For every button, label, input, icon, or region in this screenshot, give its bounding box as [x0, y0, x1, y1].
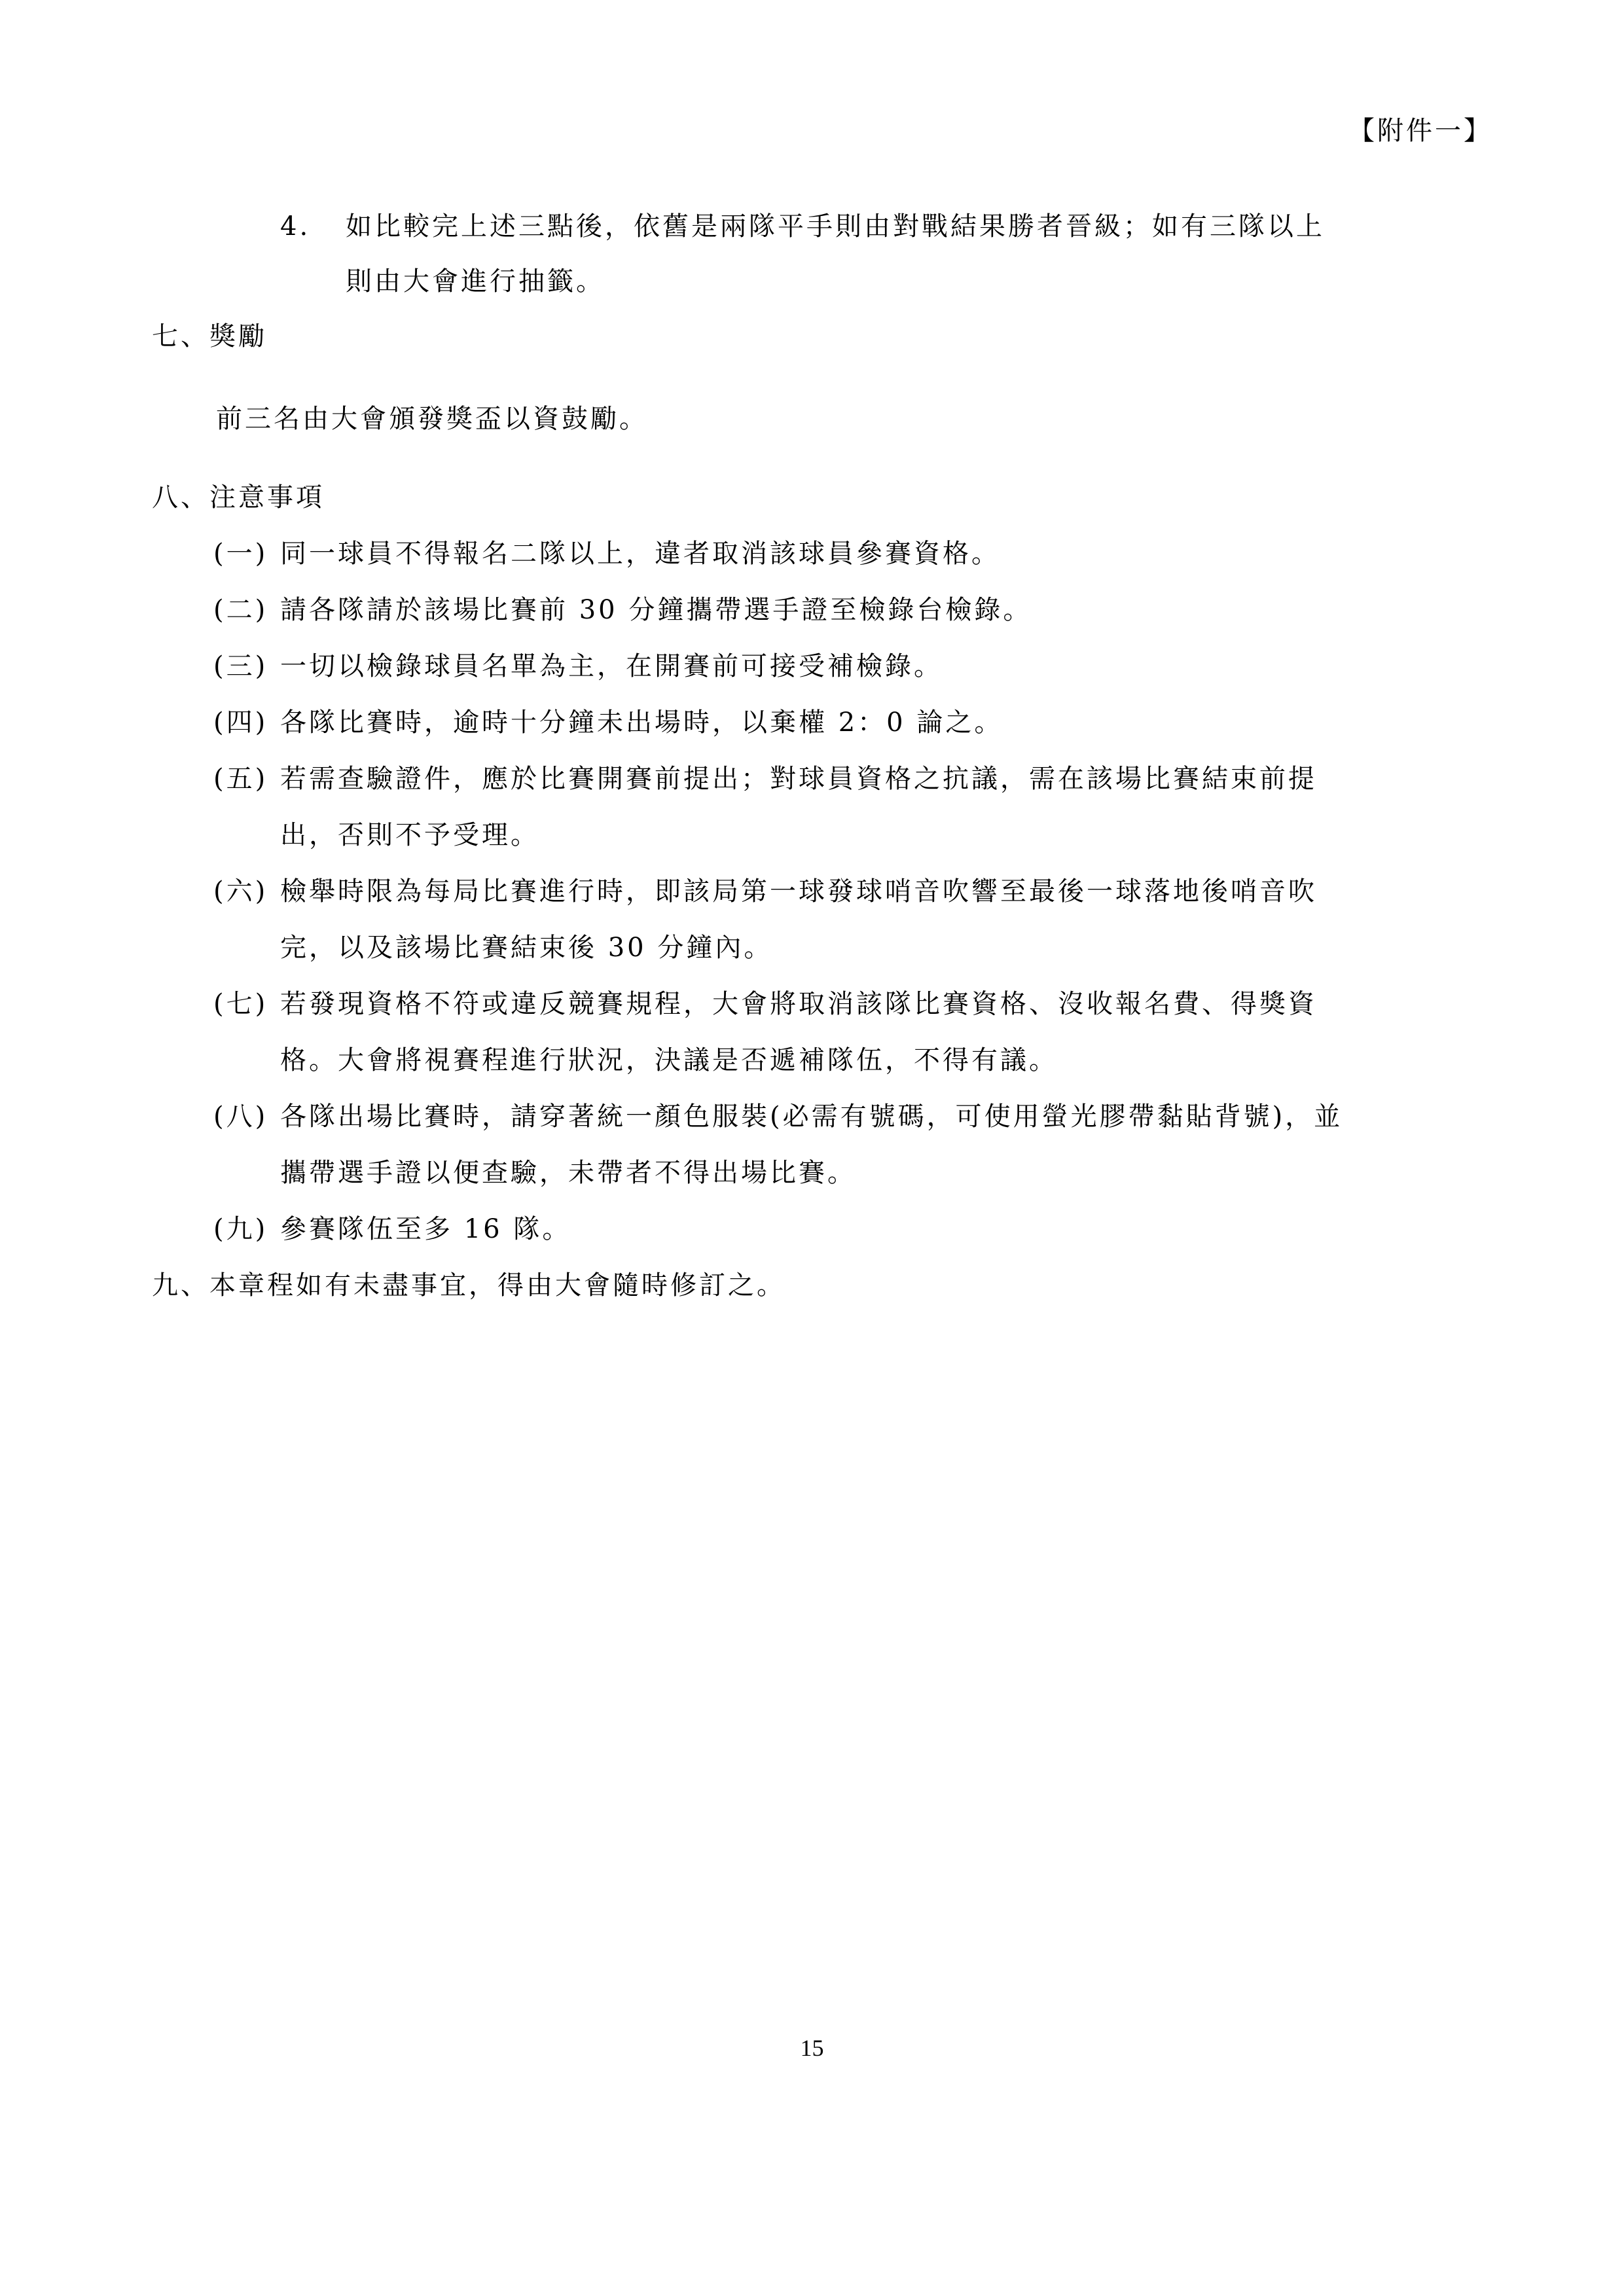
note-item-label: (九) [213, 1211, 268, 1247]
note-item-label: (八) [213, 1098, 268, 1135]
note-item-text: 各隊比賽時，逾時十分鐘未出場時，以棄權 2：0 論之。 [280, 704, 1003, 741]
section-heading-awards: 七、獎勵 [152, 318, 267, 355]
attachment-label: 【附件一】 [1348, 113, 1492, 149]
awards-body: 前三名由大會頒發獎盃以資鼓勵。 [216, 401, 648, 437]
note-item-label: (二) [213, 592, 268, 628]
note-item-text-continued: 完，以及該場比賽結束後 30 分鐘內。 [280, 929, 772, 966]
note-item-text: 一切以檢錄球員名單為主，在開賽前可接受補檢錄。 [280, 648, 943, 685]
note-item-text-continued: 出，否則不予受理。 [280, 817, 539, 853]
note-item-text: 檢舉時限為每局比賽進行時，即該局第一球發球哨音吹響至最後一球落地後哨音吹 [280, 873, 1317, 910]
note-item-label: (一) [213, 535, 268, 572]
note-item-text: 同一球員不得報名二隊以上，違者取消該球員參賽資格。 [280, 535, 1000, 572]
note-item-label: (五) [213, 761, 268, 797]
note-item-text: 參賽隊伍至多 16 隊。 [280, 1211, 571, 1247]
note-item-text: 若需查驗證件，應於比賽開賽前提出；對球員資格之抗議，需在該場比賽結束前提 [280, 761, 1317, 797]
section-heading-notes: 八、注意事項 [152, 479, 325, 516]
note-item-label: (七) [213, 986, 268, 1022]
note-item-text: 若發現資格不符或違反競賽規程，大會將取消該隊比賽資格、沒收報名費、得獎資 [280, 986, 1317, 1022]
note-item-label: (三) [213, 648, 268, 685]
note-item-text: 各隊出場比賽時，請穿著統一顏色服裝(必需有號碼，可使用螢光膠帶黏貼背號)，並 [280, 1098, 1343, 1135]
continued-item-number: 4. [280, 208, 310, 245]
note-item-text-continued: 攜帶選手證以便查驗，未帶者不得出場比賽。 [280, 1155, 856, 1191]
note-item-label: (四) [213, 704, 268, 741]
continued-item-line-1: 如比較完上述三點後，依舊是兩隊平手則由對戰結果勝者晉級；如有三隊以上 [346, 208, 1325, 245]
page-number: 15 [0, 2034, 1624, 2062]
continued-item-line-2: 則由大會進行抽籤。 [346, 263, 605, 300]
note-item-label: (六) [213, 873, 268, 910]
section-amendment: 九、本章程如有未盡事宜，得由大會隨時修訂之。 [152, 1267, 785, 1304]
note-item-text: 請各隊請於該場比賽前 30 分鐘攜帶選手證至檢錄台檢錄。 [280, 592, 1032, 628]
note-item-text-continued: 格。大會將視賽程進行狀況，決議是否遞補隊伍，不得有議。 [280, 1042, 1058, 1079]
